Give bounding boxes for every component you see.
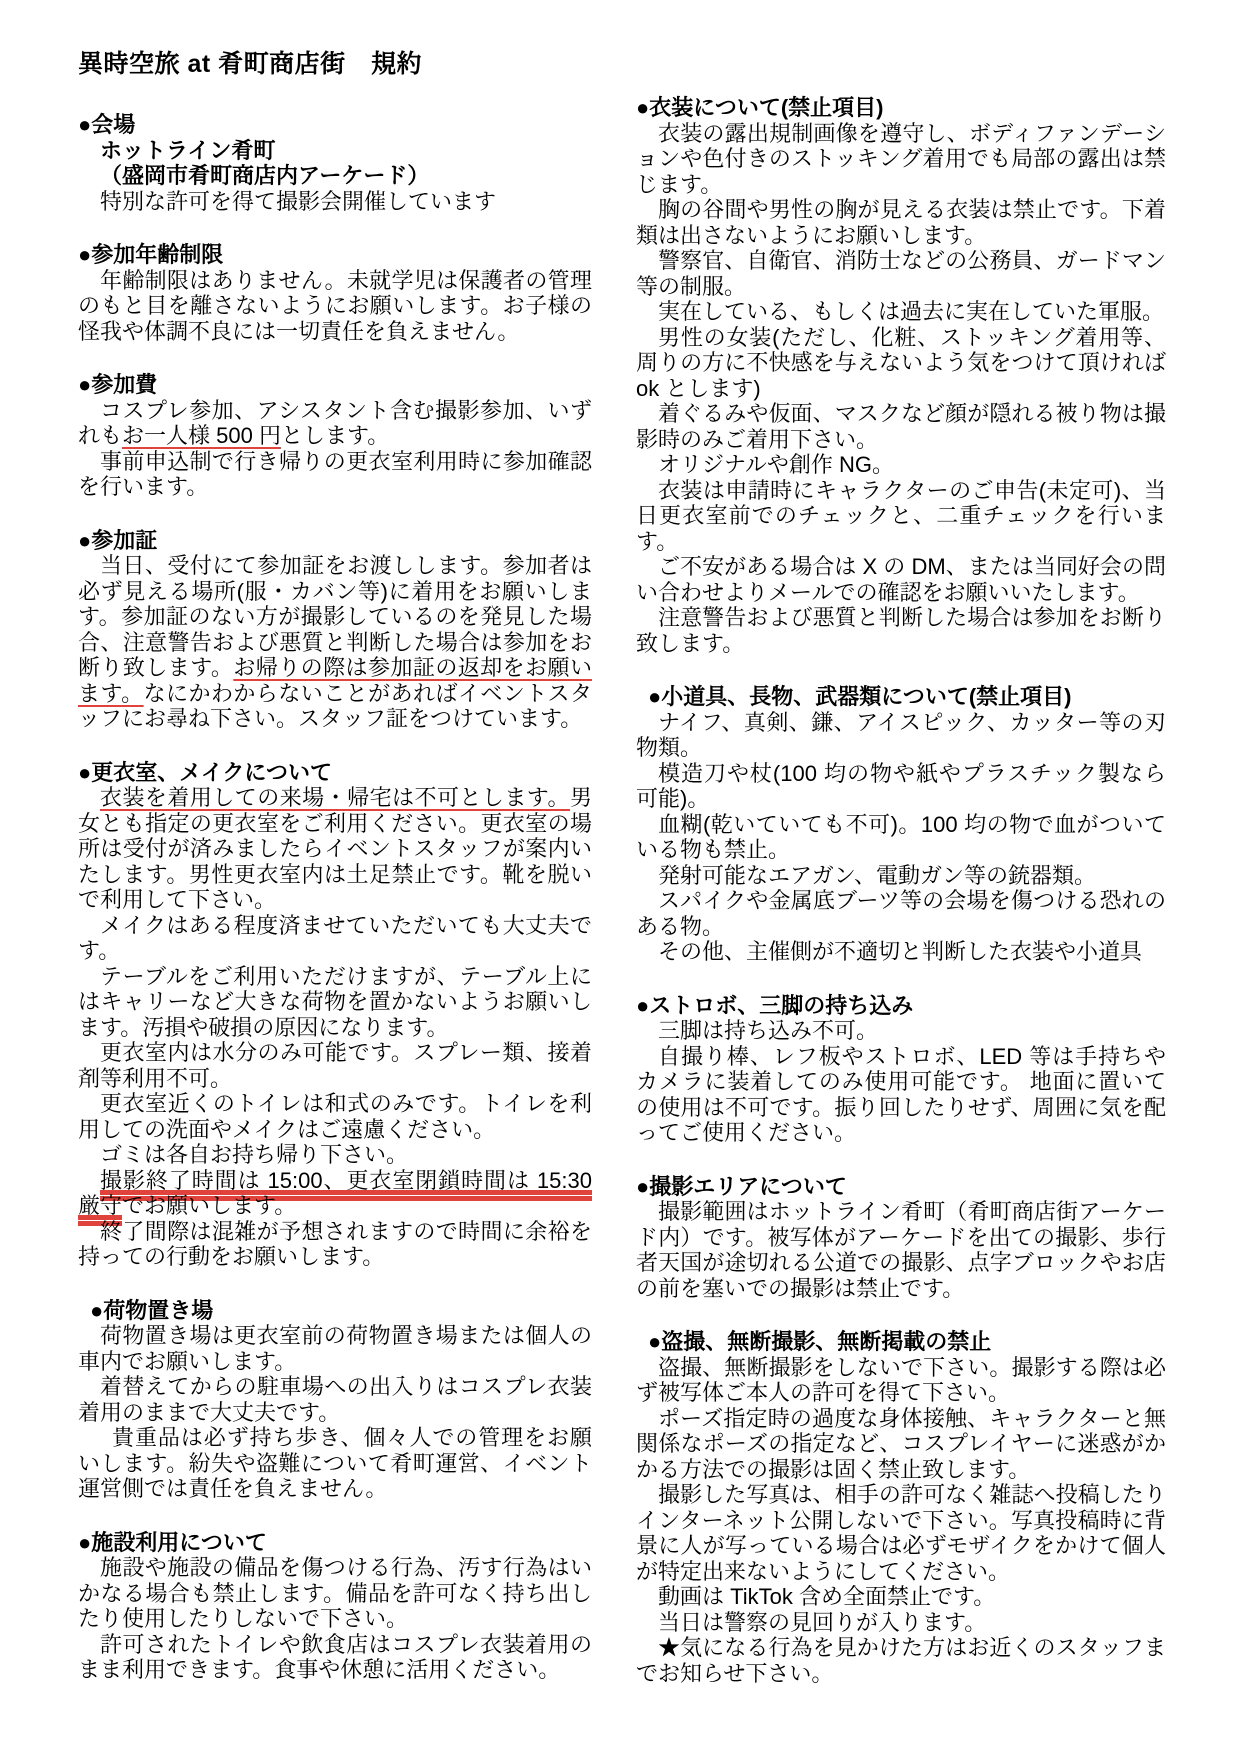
paragraph: ★気になる行為を見かけた方はお近くのスタッフまでお知らせ下さい。 [636,1635,1166,1686]
paragraph: 撮影終了時間は 15:00、更衣室閉鎖時間は 15:30 厳守でお願いします。 [78,1168,592,1219]
text-segment: 荷物置き場は更衣室前の荷物置き場または個人の車内でお願いします。 [78,1323,592,1374]
paragraph: メイクはある程度済ませていただいても大丈夫です。 [78,913,592,964]
paragraph: 警察官、自衛官、消防士などの公務員、ガードマン等の制服。 [636,248,1166,299]
text-segment: その他、主催側が不適切と判断した衣装や小道具 [658,939,1142,964]
paragraph: 荷物置き場は更衣室前の荷物置き場または個人の車内でお願いします。 [78,1323,592,1374]
text-segment: 更衣室近くのトイレは和式のみです。トイレを利用しての洗面やメイクはご遠慮ください… [78,1091,592,1142]
paragraph: 許可されたトイレや飲食店はコスプレ衣装着用のまま利用できます。食事や休憩に活用く… [78,1632,592,1683]
paragraph: 男性の女装(ただし、化粧、ストッキング着用等、周りの方に不快感を与えないよう気を… [636,325,1166,402]
left-column: ●会場ホットライン肴町（盛岡市肴町商店内アーケード）特別な許可を得て撮影会開催し… [78,95,592,1683]
text-segment: 血糊(乾いていても不可)。100 均の物で血がついている物も禁止。 [636,812,1166,863]
paragraph: 胸の谷間や男性の胸が見える衣装は禁止です。下着類は出さないようにお願いします。 [636,197,1166,248]
two-column-layout: ●会場ホットライン肴町（盛岡市肴町商店内アーケード）特別な許可を得て撮影会開催し… [78,95,1166,1686]
text-segment: 胸の谷間や男性の胸が見える衣装は禁止です。下着類は出さないようにお願いします。 [636,197,1166,248]
underlined-text: お一人様 500 円 [122,423,281,448]
paragraph: 着ぐるみや仮面、マスクなど顔が隠れる被り物は撮影時のみご着用下さい。 [636,401,1166,452]
paragraph: 貴重品は必ず持ち歩き、個々人での管理をお願いします。紛失や盗難について肴町運営、… [78,1425,592,1502]
rules-section: ●参加年齢制限年齢制限はありません。未就学児は保護者の管理のもと目を離さないよう… [78,242,592,344]
paragraph: 盗撮、無断撮影をしないで下さい。撮影する際は必ず被写体ご本人の許可を得て下さい。 [636,1355,1166,1406]
paragraph: 三脚は持ち込み不可。 [636,1018,1166,1044]
rules-section: ●施設利用について施設や施設の備品を傷つける行為、汚す行為はいかなる場合も禁止し… [78,1530,592,1683]
text-segment: 着替えてからの駐車場への出入りはコスプレ衣装着用のままで大丈夫です。 [78,1374,592,1425]
text-segment: 動画は TikTok 含め全面禁止です。 [658,1584,995,1609]
text-segment: 衣装の露出規制画像を遵守し、ボディファンデーションや色付きのストッキング着用でも… [636,121,1166,197]
rules-section: ●荷物置き場荷物置き場は更衣室前の荷物置き場または個人の車内でお願いします。着替… [78,1298,592,1502]
rules-section: ●撮影エリアについて撮影範囲はホットライン肴町（肴町商店街アーケード内）です。被… [636,1174,1166,1302]
text-segment: ご不安がある場合は X の DM、または当同好会の問い合わせよりメールでの確認を… [636,554,1166,605]
text-segment: 男性の女装(ただし、化粧、ストッキング着用等、周りの方に不快感を与えないよう気を… [636,325,1166,401]
paragraph: 特別な許可を得て撮影会開催しています [78,189,592,215]
rules-section: ●ストロボ、三脚の持ち込み三脚は持ち込み不可。自撮り棒、レフ板やストロボ、LED… [636,993,1166,1146]
text-segment: 三脚は持ち込み不可。 [658,1018,878,1043]
text-segment: ゴミは各自お持ち帰り下さい。 [100,1142,408,1167]
text-segment: 撮影した写真は、相手の許可なく雑誌へ投稿したりインターネット公開しないで下さい。… [636,1482,1166,1584]
text-segment: メイクはある程度済ませていただいても大丈夫です。 [78,913,592,964]
text-segment: 衣装は申請時にキャラクターのご申告(未定可)、当日更衣室前でのチェックと、二重チ… [636,478,1166,554]
paragraph: 当日は警察の見回りが入ります。 [636,1610,1166,1636]
paragraph: 更衣室近くのトイレは和式のみです。トイレを利用しての洗面やメイクはご遠慮ください… [78,1091,592,1142]
paragraph: 実在している、もしくは過去に実在していた軍服。 [636,299,1166,325]
paragraph: 発射可能なエアガン、電動ガン等の銃器類。 [636,863,1166,889]
rules-section: ●更衣室、メイクについて衣装を着用しての来場・帰宅は不可とします。男女とも指定の… [78,760,592,1270]
text-segment: 撮影範囲はホットライン肴町（肴町商店街アーケード内）です。被写体がアーケードを出… [636,1199,1166,1301]
section-heading: ●盗撮、無断撮影、無断掲載の禁止 [636,1329,1166,1355]
paragraph: 撮影範囲はホットライン肴町（肴町商店街アーケード内）です。被写体がアーケードを出… [636,1199,1166,1301]
rules-section: ●盗撮、無断撮影、無断掲載の禁止盗撮、無断撮影をしないで下さい。撮影する際は必ず… [636,1329,1166,1686]
text-segment: 警察官、自衛官、消防士などの公務員、ガードマン等の制服。 [636,248,1166,299]
text-segment: 終了間際は混雑が予想されますので時間に余裕を持っての行動をお願いします。 [78,1219,592,1270]
paragraph: 自撮り棒、レフ板やストロボ、LED 等は手持ちやカメラに装着してのみ使用可能です… [636,1044,1166,1146]
paragraph: ナイフ、真剣、鎌、アイスピック、カッター等の刃物類。 [636,710,1166,761]
page-title: 異時空旅 at 肴町商店街 規約 [78,44,422,80]
text-segment: ★気になる行為を見かけた方はお近くのスタッフまでお知らせ下さい。 [636,1635,1166,1686]
paragraph: コスプレ参加、アシスタント含む撮影参加、いずれもお一人様 500 円とします。 [78,398,592,449]
section-heading: ●参加費 [78,372,592,398]
paragraph: 注意警告および悪質と判断した場合は参加をお断り致します。 [636,605,1166,656]
paragraph: 着替えてからの駐車場への出入りはコスプレ衣装着用のままで大丈夫です。 [78,1374,592,1425]
text-segment: 特別な許可を得て撮影会開催しています [100,189,496,214]
section-heading: ●会場 [78,112,592,138]
paragraph: 模造刀や杖(100 均の物や紙やプラスチック製なら可能)。 [636,761,1166,812]
paragraph: 撮影した写真は、相手の許可なく雑誌へ投稿したりインターネット公開しないで下さい。… [636,1482,1166,1584]
text-segment: 更衣室内は水分のみ可能です。スプレー類、接着剤等利用不可。 [78,1040,592,1091]
text-segment: ポーズ指定時の過度な身体接触、キャラクターと無関係なポーズの指定など、コスプレイ… [636,1406,1166,1482]
paragraph: 血糊(乾いていても不可)。100 均の物で血がついている物も禁止。 [636,812,1166,863]
text-segment: でお願いします。 [122,1193,296,1218]
text-segment: 施設や施設の備品を傷つける行為、汚す行為はいかなる場合も禁止します。備品を許可な… [78,1555,592,1631]
text-segment: ナイフ、真剣、鎌、アイスピック、カッター等の刃物類。 [636,710,1166,761]
paragraph: 当日、受付にて参加証をお渡しします。参加者は必ず見える場所(服・カバン等)に着用… [78,553,592,732]
section-heading: ●参加年齢制限 [78,242,592,268]
paragraph: 年齢制限はありません。未就学児は保護者の管理のもと目を離さないようにお願いします… [78,268,592,345]
paragraph: ご不安がある場合は X の DM、または当同好会の問い合わせよりメールでの確認を… [636,554,1166,605]
text-segment: なにかわからないことがあればイベントスタッフにお尋ね下さい。スタッフ証をつけてい… [78,681,592,732]
rules-section: ●参加証当日、受付にて参加証をお渡しします。参加者は必ず見える場所(服・カバン等… [78,528,592,732]
paragraph: 施設や施設の備品を傷つける行為、汚す行為はいかなる場合も禁止します。備品を許可な… [78,1555,592,1632]
text-segment: スパイクや金属底ブーツ等の会場を傷つける恐れのある物。 [636,888,1166,939]
paragraph: 終了間際は混雑が予想されますので時間に余裕を持っての行動をお願いします。 [78,1219,592,1270]
paragraph: 更衣室内は水分のみ可能です。スプレー類、接着剤等利用不可。 [78,1040,592,1091]
paragraph: 衣装は申請時にキャラクターのご申告(未定可)、当日更衣室前でのチェックと、二重チ… [636,478,1166,555]
text-segment: 貴重品は必ず持ち歩き、個々人での管理をお願いします。紛失や盗難について肴町運営、… [78,1425,592,1501]
paragraph: ポーズ指定時の過度な身体接触、キャラクターと無関係なポーズの指定など、コスプレイ… [636,1406,1166,1483]
rules-section: ●会場ホットライン肴町（盛岡市肴町商店内アーケード）特別な許可を得て撮影会開催し… [78,112,592,214]
rules-section: ●衣装について(禁止項目)衣装の露出規制画像を遵守し、ボディファンデーションや色… [636,95,1166,656]
paragraph: ホットライン肴町 [78,138,592,164]
section-heading: ●施設利用について [78,1530,592,1556]
section-heading: ●衣装について(禁止項目) [636,95,1166,121]
rules-section: ●小道具、長物、武器類について(禁止項目)ナイフ、真剣、鎌、アイスピック、カッタ… [636,684,1166,965]
paragraph: 動画は TikTok 含め全面禁止です。 [636,1584,1166,1610]
section-heading: ●撮影エリアについて [636,1174,1166,1200]
text-segment: 許可されたトイレや飲食店はコスプレ衣装着用のまま利用できます。食事や休憩に活用く… [78,1632,592,1683]
paragraph: 衣装を着用しての来場・帰宅は不可とします。男女とも指定の更衣室をご利用ください。… [78,785,592,913]
section-heading: ●ストロボ、三脚の持ち込み [636,993,1166,1019]
text-segment: 年齢制限はありません。未就学児は保護者の管理のもと目を離さないようにお願いします… [78,268,592,344]
section-heading: ●更衣室、メイクについて [78,760,592,786]
text-segment: テーブルをご利用いただけますが、テーブル上にはキャリーなど大きな荷物を置かないよ… [78,964,592,1040]
paragraph: その他、主催側が不適切と判断した衣装や小道具 [636,939,1166,965]
text-segment: とします。 [281,423,389,448]
paragraph: オリジナルや創作 NG。 [636,452,1166,478]
text-segment: 当日は警察の見回りが入ります。 [658,1610,986,1635]
paragraph: スパイクや金属底ブーツ等の会場を傷つける恐れのある物。 [636,888,1166,939]
text-segment: 事前申込制で行き帰りの更衣室利用時に参加確認を行います。 [78,449,592,500]
text-segment: 発射可能なエアガン、電動ガン等の銃器類。 [658,863,1096,888]
text-segment: 模造刀や杖(100 均の物や紙やプラスチック製なら可能)。 [636,761,1166,812]
section-heading: ●小道具、長物、武器類について(禁止項目) [636,684,1166,710]
document-page: 異時空旅 at 肴町商店街 規約 ●会場ホットライン肴町（盛岡市肴町商店内アーケ… [0,0,1241,1754]
text-segment: 盗撮、無断撮影をしないで下さい。撮影する際は必ず被写体ご本人の許可を得て下さい。 [636,1355,1166,1406]
text-segment: ホットライン肴町 [100,138,275,163]
paragraph: テーブルをご利用いただけますが、テーブル上にはキャリーなど大きな荷物を置かないよ… [78,964,592,1041]
underlined-text: 衣装を着用しての来場・帰宅は不可とします。 [100,785,570,810]
rules-section: ●参加費コスプレ参加、アシスタント含む撮影参加、いずれもお一人様 500 円とし… [78,372,592,500]
paragraph: ゴミは各自お持ち帰り下さい。 [78,1142,592,1168]
section-heading: ●参加証 [78,528,592,554]
paragraph: 事前申込制で行き帰りの更衣室利用時に参加確認を行います。 [78,449,592,500]
paragraph: 衣装の露出規制画像を遵守し、ボディファンデーションや色付きのストッキング着用でも… [636,121,1166,198]
text-segment: オリジナルや創作 NG。 [658,452,894,477]
text-segment: 自撮り棒、レフ板やストロボ、LED 等は手持ちやカメラに装着してのみ使用可能です… [636,1044,1166,1146]
text-segment: 注意警告および悪質と判断した場合は参加をお断り致します。 [636,605,1166,656]
text-segment: 着ぐるみや仮面、マスクなど顔が隠れる被り物は撮影時のみご着用下さい。 [636,401,1166,452]
text-segment: （盛岡市肴町商店内アーケード） [100,163,429,188]
paragraph: （盛岡市肴町商店内アーケード） [78,163,592,189]
text-segment: 実在している、もしくは過去に実在していた軍服。 [658,299,1164,324]
section-heading: ●荷物置き場 [78,1298,592,1324]
right-column: ●衣装について(禁止項目)衣装の露出規制画像を遵守し、ボディファンデーションや色… [636,95,1166,1686]
